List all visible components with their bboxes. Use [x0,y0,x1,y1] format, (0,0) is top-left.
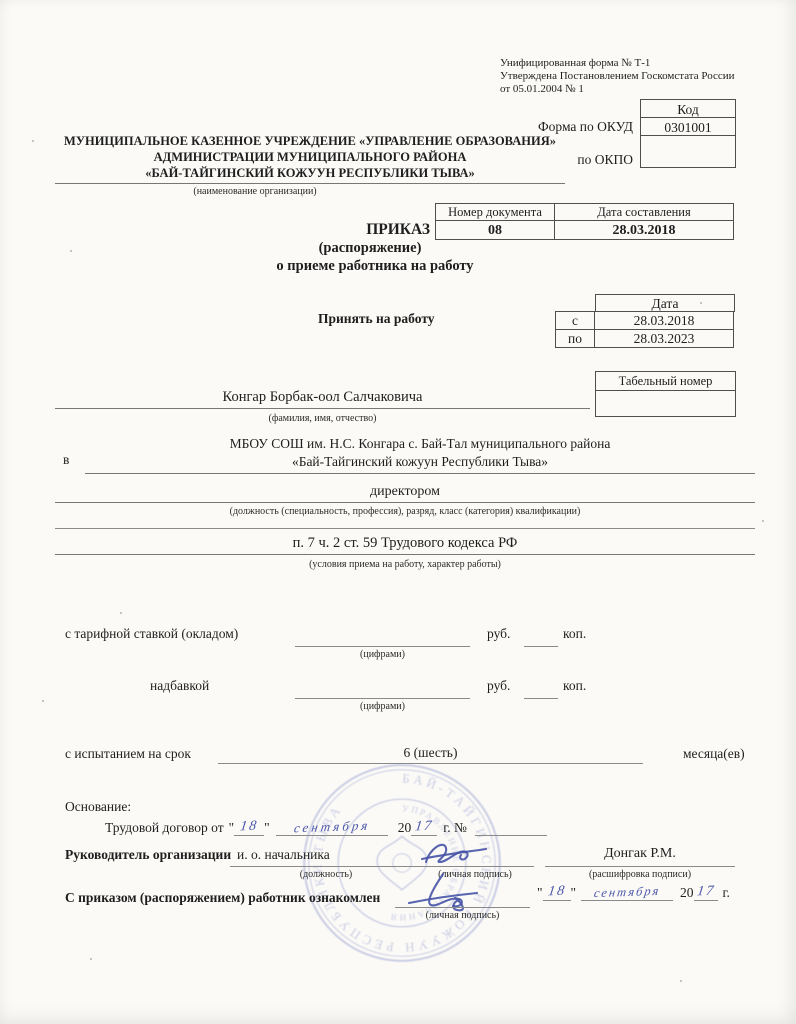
conditions-value: п. 7 ч. 2 ст. 59 Трудового кодекса РФ [55,535,755,555]
doc-date-value: 28.03.2018 [554,220,734,240]
employee-name: Конгар Борбак-оол Салчаковича [55,389,590,409]
head-name: Донгак Р.М. [545,846,735,862]
scan-speck [32,140,34,142]
conditions-caption: (условия приема на работу, характер рабо… [55,559,755,570]
title-sub1: (распоряжение) [250,240,490,257]
ack-year-field: 17 [694,883,718,901]
head-label: Руководитель организации [65,847,231,863]
doc-date-label: Дата составления [554,203,734,221]
workplace-line2: «Бай-Тайгинский кожуун Республики Тыва» [85,453,755,471]
position-caption: (должность (специальность, профессия), р… [55,506,755,517]
bonus-rub-label: руб. [487,678,510,694]
ack-date-line: " 18 " сентября 20 17 г. [537,879,730,901]
hire-to-value: 28.03.2023 [594,329,734,348]
doc-number-value: 08 [435,220,555,240]
organization-line3: «БАЙ-ТАЙГИНСКИЙ КОЖУУН РЕСПУБЛИКИ ТЫВА» [55,165,565,181]
scan-speck [42,700,44,702]
basis-year-handwritten: 17 [414,819,434,836]
scan-speck [700,302,702,304]
ack-year-suffix: г. [723,885,730,901]
hire-date-table: Дата с 28.03.2018 по 28.03.2023 [555,294,735,348]
salary-caption: (цифрами) [295,649,470,660]
form-note-line3: от 05.01.2004 № 1 [500,83,792,96]
empty-field-rule [55,528,755,529]
basis-month-field: сентября [276,819,388,836]
hire-label: Принять на работу [318,311,435,327]
ack-month-field: сентября [581,884,673,901]
organization-line1: МУНИЦИПАЛЬНОЕ КАЗЕННОЕ УЧРЕЖДЕНИЕ «УПРАВ… [55,133,565,149]
salary-kop-label: коп. [563,626,586,642]
ack-day-handwritten: 18 [546,884,566,901]
basis-year-prefix: 20 [398,820,412,836]
salary-amount-field [295,630,470,647]
basis-number-field [475,835,547,836]
scan-speck [90,958,92,960]
bonus-caption: (цифрами) [295,701,470,712]
doc-table: Номер документа Дата составления 08 28.0… [435,203,735,240]
form-note: Унифицированная форма № Т-1 Утверждена П… [500,57,792,96]
code-box: Код 0301001 [640,100,736,168]
bonus-amount-field [295,682,470,699]
scanned-order-document: БАЙ-ТАЙГИНСКИЙ КОЖУУН РЕСПУБЛИКИ ТЫВА УП… [0,0,796,1024]
head-sign-rule [416,866,534,867]
salary-kop-field [524,630,558,647]
basis-day-handwritten: 18 [239,819,259,836]
scan-speck [680,980,682,982]
bonus-label: надбавкой [150,678,209,694]
head-name-rule [545,866,735,867]
ack-close-quote: " [571,885,577,901]
ack-sign-caption: (личная подпись) [395,910,530,921]
okpo-value [640,135,736,168]
ack-sign-rule [395,907,530,908]
hire-to-label: по [555,329,595,348]
ack-year-prefix: 20 [680,885,694,901]
basis-text: Трудовой договор от [105,820,224,836]
doc-number-label: Номер документа [435,203,555,221]
head-position-caption: (должность) [230,869,422,880]
position-value: директором [55,484,755,503]
basis-day-field: 18 [234,818,264,836]
scan-speck [70,250,72,252]
personnel-number-value [595,391,736,417]
head-position: и. о. начальника [237,847,330,863]
ack-month-handwritten: сентября [593,884,661,901]
ack-label: С приказом (распоряжением) работник озна… [65,890,380,906]
bonus-kop-field [524,682,558,699]
personnel-number-label: Табельный номер [595,371,736,391]
form-note-line1: Унифицированная форма № Т-1 [500,57,792,70]
ack-year-handwritten: 17 [695,884,715,901]
probation-label: с испытанием на срок [65,746,191,762]
probation-suffix: месяца(ев) [683,746,745,762]
basis-year-field: 17 [411,818,437,836]
workplace-prefix: в [63,452,69,468]
head-position-rule [230,866,422,867]
hire-from-label: с [555,311,595,330]
scan-speck [762,520,764,522]
personnel-number-box: Табельный номер [595,372,736,417]
employee-name-caption: (фамилия, имя, отчество) [55,413,590,424]
title-sub2: о приеме работника на работу [230,258,520,275]
probation-value: 6 (шесть) [218,745,643,764]
salary-label: с тарифной ставкой (окладом) [65,626,238,642]
organization-caption: (наименование организации) [55,186,455,197]
basis-close-quote: " [264,820,270,836]
workplace-line1: МБОУ СОШ им. Н.С. Конгара с. Бай-Тал мун… [85,435,755,453]
basis-month-handwritten: сентября [292,818,371,837]
scan-speck [120,612,122,614]
workplace-name: МБОУ СОШ им. Н.С. Конгара с. Бай-Тал мун… [85,435,755,474]
basis-label: Основание: [65,799,131,815]
bonus-kop-label: коп. [563,678,586,694]
organization-name: МУНИЦИПАЛЬНОЕ КАЗЕННОЕ УЧРЕЖДЕНИЕ «УПРАВ… [55,133,565,184]
code-box-header: Код [640,99,736,118]
title-main: ПРИКАЗ [280,221,430,239]
ack-day-field: 18 [543,883,571,901]
organization-line2: АДМИНИСТРАЦИИ МУНИЦИПАЛЬНОГО РАЙОНА [55,149,565,165]
hire-from-value: 28.03.2018 [594,311,734,330]
salary-rub-label: руб. [487,626,510,642]
basis-tail: г. № [443,820,467,836]
hire-date-header: Дата [595,294,735,312]
basis-contract-line: Трудовой договор от " 18 " сентября 20 1… [105,814,547,836]
form-note-line2: Утверждена Постановлением Госкомстата Ро… [500,70,792,83]
okud-value: 0301001 [640,117,736,136]
